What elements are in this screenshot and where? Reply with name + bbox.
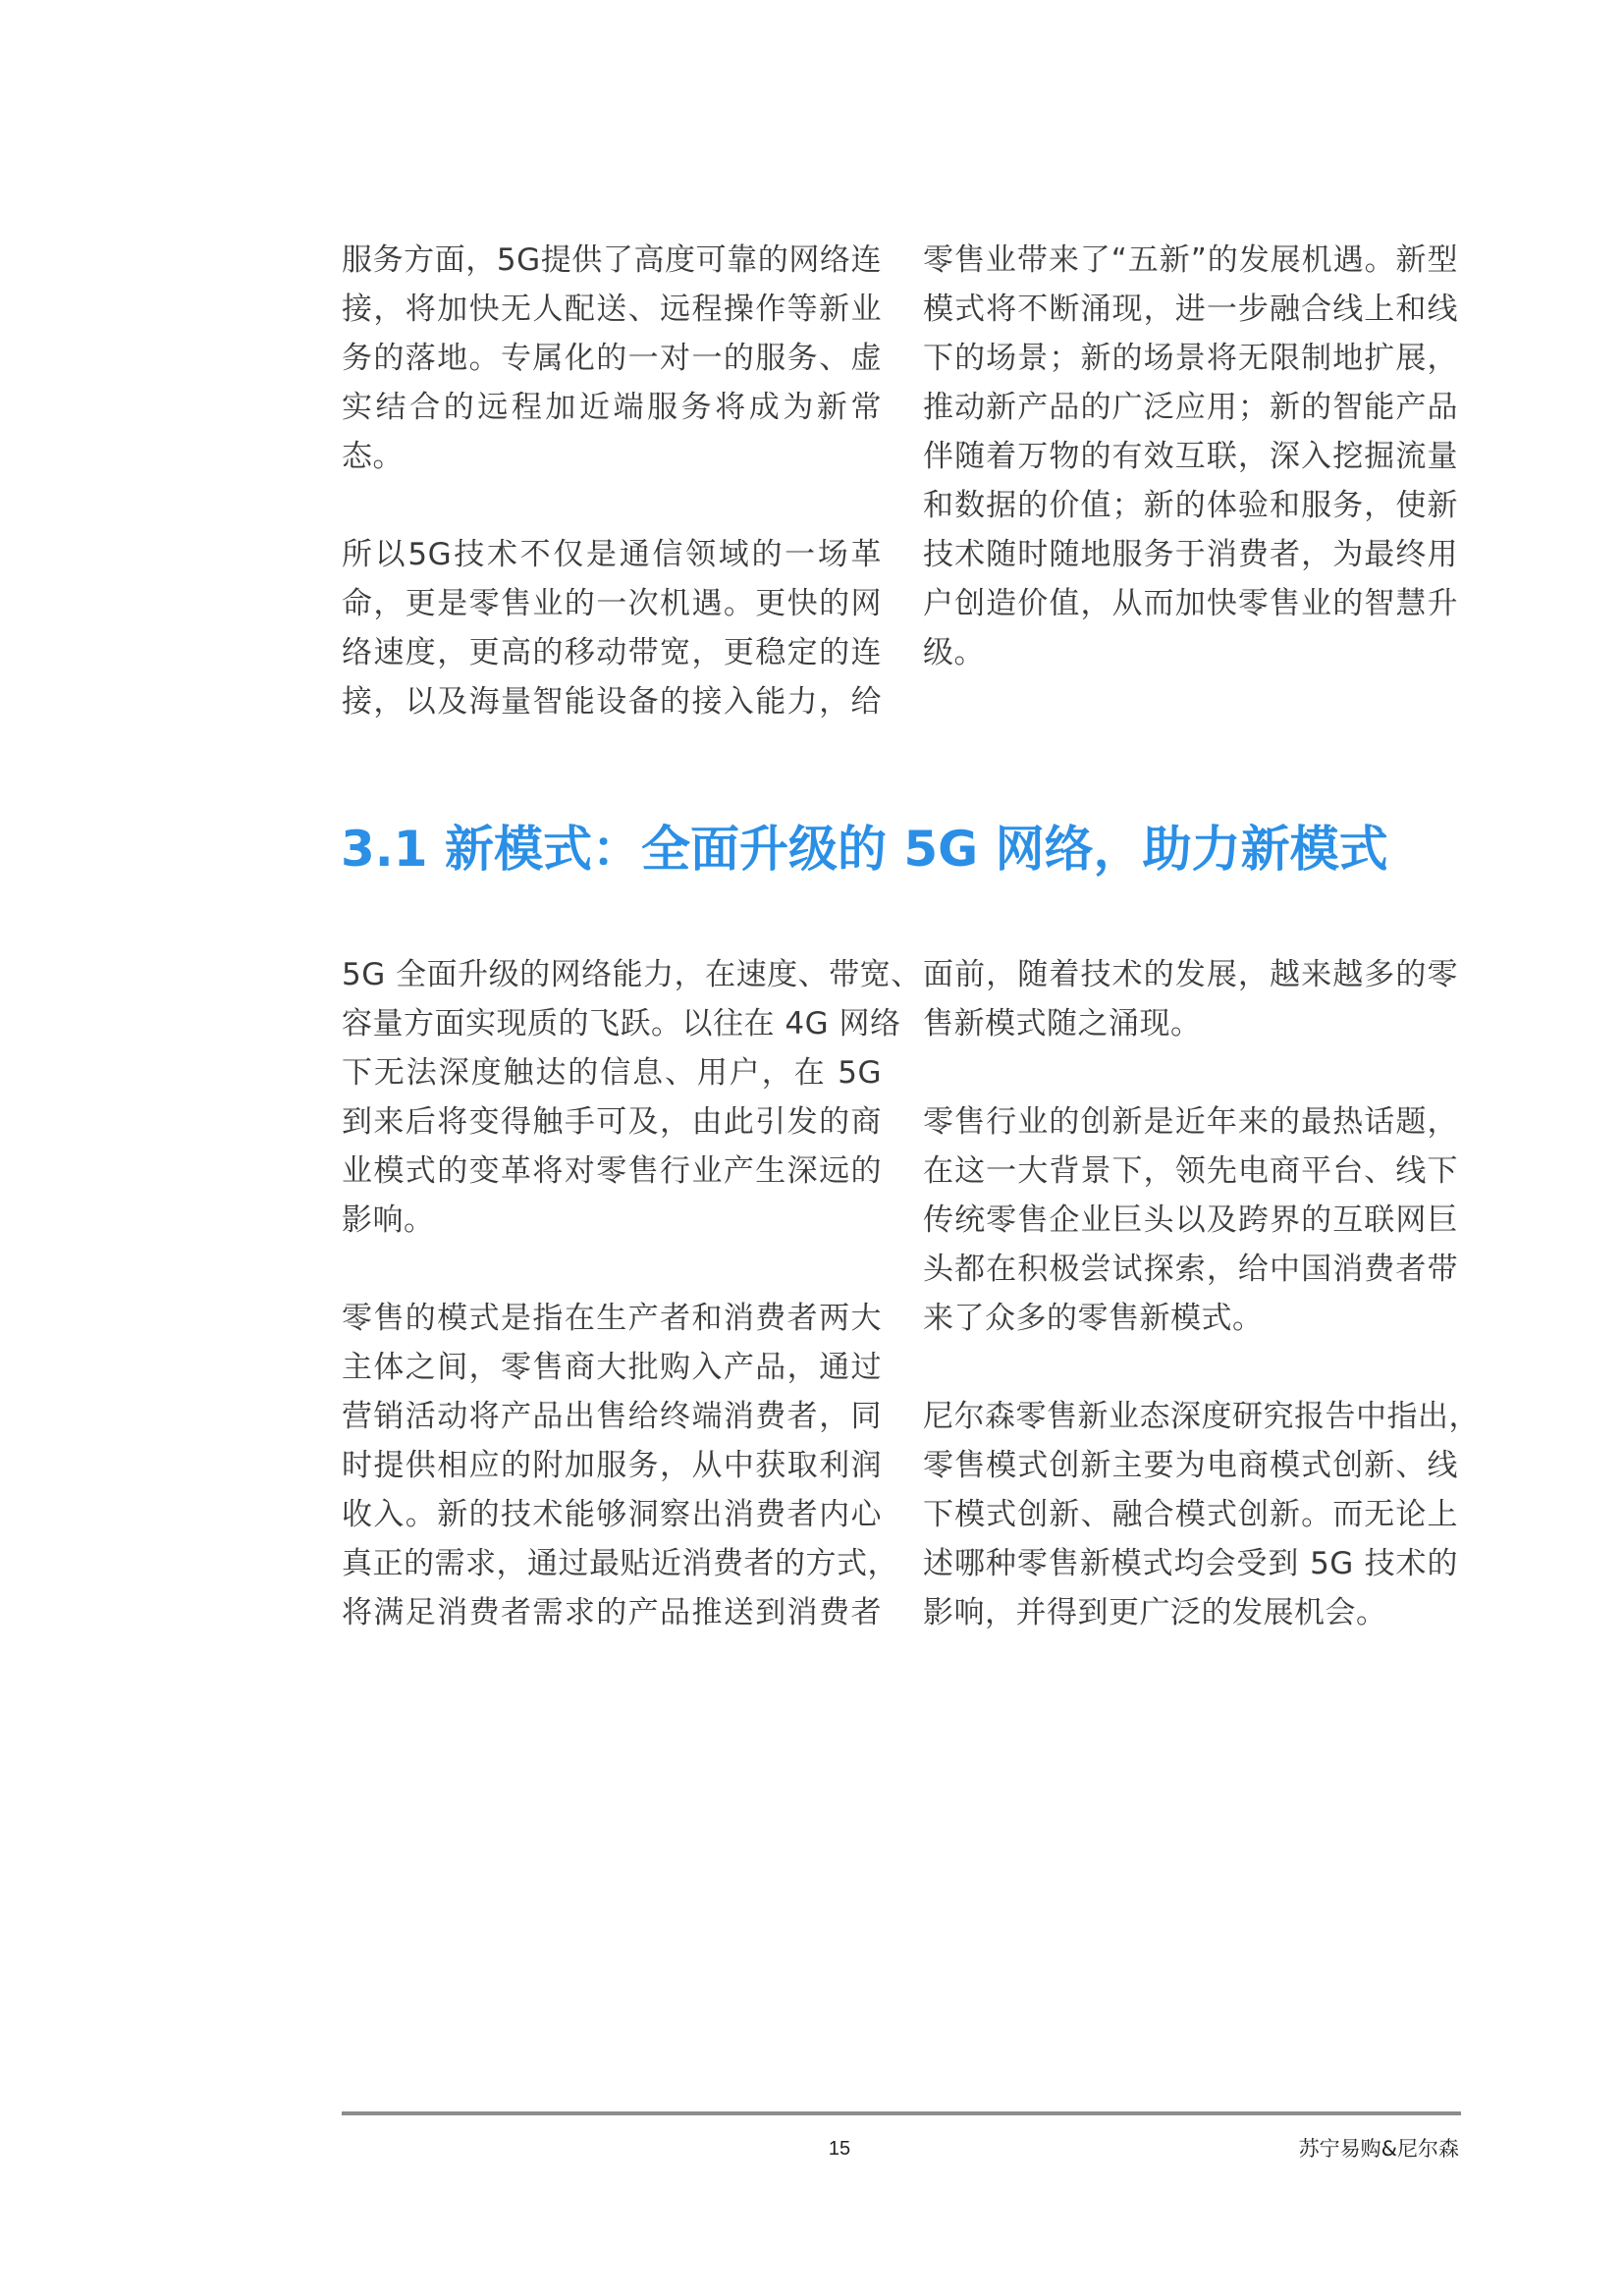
footer-divider — [342, 2111, 1461, 2115]
text-line: 述哪种零售新模式均会受到 5G 技术的 — [923, 1539, 1458, 1588]
text-line: 头都在积极尝试探索，给中国消费者带 — [923, 1245, 1458, 1294]
text-line: 下无法深度触达的信息、用户，在 5G — [342, 1048, 882, 1097]
footer-brand: 苏宁易购&尼尔森 — [1267, 2136, 1459, 2162]
text-line: 零售行业的创新是近年来的最热话题， — [923, 1097, 1458, 1147]
paragraph: 服务方面，5G提供了高度可靠的网络连 接，将加快无人配送、远程操作等新业 务的落… — [342, 236, 882, 481]
text-line: 营销活动将产品出售给终端消费者，同 — [342, 1392, 882, 1441]
text-line: 下模式创新、融合模式创新。而无论上 — [923, 1490, 1458, 1539]
page-number: 15 — [815, 2136, 864, 2162]
text-line: 和数据的价值；新的体验和服务，使新 — [923, 481, 1458, 530]
text-line: 户创造价值，从而加快零售业的智慧升 — [923, 579, 1458, 628]
text-line: 技术随时随地服务于消费者，为最终用 — [923, 530, 1458, 579]
text-line: 零售的模式是指在生产者和消费者两大 — [342, 1294, 882, 1343]
text-line: 实结合的远程加近端服务将成为新常 — [342, 383, 882, 432]
text-line: 尼尔森零售新业态深度研究报告中指出， — [923, 1392, 1458, 1441]
text-line: 主体之间，零售商大批购入产品，通过 — [342, 1343, 882, 1392]
text-line: 容量方面实现质的飞跃。以往在 4G 网络 — [342, 999, 882, 1048]
paragraph: 零售行业的创新是近年来的最热话题， 在这一大背景下，领先电商平台、线下 传统零售… — [923, 1097, 1458, 1343]
text-line: 真正的需求，通过最贴近消费者的方式， — [342, 1539, 882, 1588]
text-line: 下的场景；新的场景将无限制地扩展， — [923, 334, 1458, 383]
text-line: 将满足消费者需求的产品推送到消费者 — [342, 1588, 882, 1637]
text-line: 接，将加快无人配送、远程操作等新业 — [342, 285, 882, 334]
text-line: 所以5G技术不仅是通信领域的一场革 — [342, 530, 882, 579]
text-line: 传统零售企业巨头以及跨界的互联网巨 — [923, 1196, 1458, 1245]
text-line: 到来后将变得触手可及，由此引发的商 — [342, 1097, 882, 1147]
document-page: 服务方面，5G提供了高度可靠的网络连 接，将加快无人配送、远程操作等新业 务的落… — [0, 0, 1624, 2296]
section-heading: 3.1 新模式：全面升级的 5G 网络，助力新模式 — [341, 815, 1460, 883]
text-line: 面前，随着技术的发展，越来越多的零 — [923, 950, 1458, 999]
text-line: 伴随着万物的有效互联，深入挖掘流量 — [923, 432, 1458, 481]
text-line: 售新模式随之涌现。 — [923, 999, 1458, 1048]
paragraph: 5G 全面升级的网络能力，在速度、带宽、 容量方面实现质的飞跃。以往在 4G 网… — [342, 950, 882, 1245]
text-line: 态。 — [342, 432, 882, 481]
text-line: 5G 全面升级的网络能力，在速度、带宽、 — [342, 950, 882, 999]
text-line: 业模式的变革将对零售行业产生深远的 — [342, 1147, 882, 1196]
top-right-column: 零售业带来了“五新”的发展机遇。新型 模式将不断涌现，进一步融合线上和线 下的场… — [923, 236, 1458, 726]
paragraph: 面前，随着技术的发展，越来越多的零 售新模式随之涌现。 — [923, 950, 1458, 1048]
top-left-column: 服务方面，5G提供了高度可靠的网络连 接，将加快无人配送、远程操作等新业 务的落… — [342, 236, 882, 775]
text-line: 零售业带来了“五新”的发展机遇。新型 — [923, 236, 1458, 285]
paragraph: 所以5G技术不仅是通信领域的一场革 命，更是零售业的一次机遇。更快的网 络速度，… — [342, 530, 882, 726]
text-line: 在这一大背景下，领先电商平台、线下 — [923, 1147, 1458, 1196]
text-line: 模式将不断涌现，进一步融合线上和线 — [923, 285, 1458, 334]
paragraph: 尼尔森零售新业态深度研究报告中指出， 零售模式创新主要为电商模式创新、线 下模式… — [923, 1392, 1458, 1637]
text-line: 接，以及海量智能设备的接入能力，给 — [342, 677, 882, 726]
text-line: 务的落地。专属化的一对一的服务、虚 — [342, 334, 882, 383]
text-line: 推动新产品的广泛应用；新的智能产品 — [923, 383, 1458, 432]
bottom-left-column: 5G 全面升级的网络能力，在速度、带宽、 容量方面实现质的飞跃。以往在 4G 网… — [342, 950, 882, 1686]
paragraph: 零售业带来了“五新”的发展机遇。新型 模式将不断涌现，进一步融合线上和线 下的场… — [923, 236, 1458, 677]
text-line: 命，更是零售业的一次机遇。更快的网 — [342, 579, 882, 628]
text-line: 时提供相应的附加服务，从中获取利润 — [342, 1441, 882, 1490]
text-line: 来了众多的零售新模式。 — [923, 1294, 1458, 1343]
bottom-right-column: 面前，随着技术的发展，越来越多的零 售新模式随之涌现。 零售行业的创新是近年来的… — [923, 950, 1458, 1686]
text-line: 影响。 — [342, 1196, 882, 1245]
text-line: 影响，并得到更广泛的发展机会。 — [923, 1588, 1458, 1637]
text-line: 零售模式创新主要为电商模式创新、线 — [923, 1441, 1458, 1490]
text-line: 服务方面，5G提供了高度可靠的网络连 — [342, 236, 882, 285]
text-line: 络速度，更高的移动带宽，更稳定的连 — [342, 628, 882, 677]
text-line: 级。 — [923, 628, 1458, 677]
paragraph: 零售的模式是指在生产者和消费者两大 主体之间，零售商大批购入产品，通过 营销活动… — [342, 1294, 882, 1637]
text-line: 收入。新的技术能够洞察出消费者内心 — [342, 1490, 882, 1539]
